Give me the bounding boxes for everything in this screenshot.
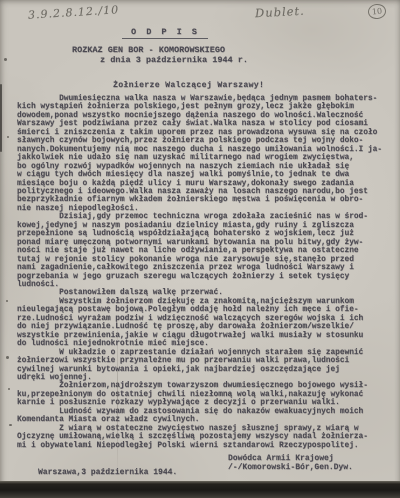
order-paragraph-1: Dwumiesięczna walka nasza w Warszawie,bę… [17, 95, 397, 213]
signature-name: /-/Komorowski-Bór,Gen.Dyw. [228, 463, 353, 472]
pencil-speck [7, 136, 9, 138]
order-paragraph-2: Dzisiaj,gdy przemoc techniczna wroga zdo… [17, 213, 397, 289]
scan-left-edge-mark [0, 84, 2, 152]
scan-bottom-edge [0, 481, 400, 498]
place-and-date: Warszawa,3 października 1944. [38, 468, 177, 477]
signature-title: Dowódca Armii Krajowej [228, 454, 353, 463]
scanned-document-page: 3.9.2.8.12./10 Dublet. 10 O D P I S ROZK… [0, 0, 400, 498]
order-paragraph-5: W układzie o zaprzestanie działań wojenn… [17, 349, 397, 383]
handwritten-reference-number: 3.9.2.8.12./10 [28, 3, 120, 22]
order-body-text: Dwumiesięczna walka nasza w Warszawie,bę… [17, 95, 397, 450]
order-title-line1: ROZKAZ GEN BOR - KOMOROWSKIEGO [72, 45, 225, 55]
circled-page-number: 10 [367, 3, 386, 20]
order-paragraph-4: Wszystkim żołnierzom dziękuję za znakomi… [17, 298, 397, 349]
pencil-speck [8, 388, 10, 390]
order-title-line2: z dnia 3 października 1944 r. [100, 55, 248, 65]
page-number-text: 10 [371, 6, 382, 16]
pencil-speck [6, 356, 9, 359]
order-paragraph-7: Ludność wzywam do zastosowania się do na… [17, 408, 397, 425]
signature-block: Dowódca Armii Krajowej /-/Komorowski-Bór… [228, 454, 353, 472]
order-paragraph-8: Z wiarą w ostateczne zwycięstwo naszej s… [17, 425, 397, 450]
pencil-speck [4, 58, 7, 61]
order-paragraph-6: Żołnierzom,najdroższym towarzyszom dwumi… [17, 382, 397, 407]
pencil-speck [6, 300, 8, 302]
salutation-line: Żołnierze Walczącej Warszawy! [113, 81, 264, 90]
paper-crease [117, 310, 118, 480]
order-paragraph-3: Postanowiłem dalszą walkę przerwać. [17, 289, 397, 297]
handwritten-dublet-note: Dublet. [255, 4, 305, 21]
copy-heading: O D P I S [122, 27, 208, 39]
pencil-speck [9, 424, 12, 426]
